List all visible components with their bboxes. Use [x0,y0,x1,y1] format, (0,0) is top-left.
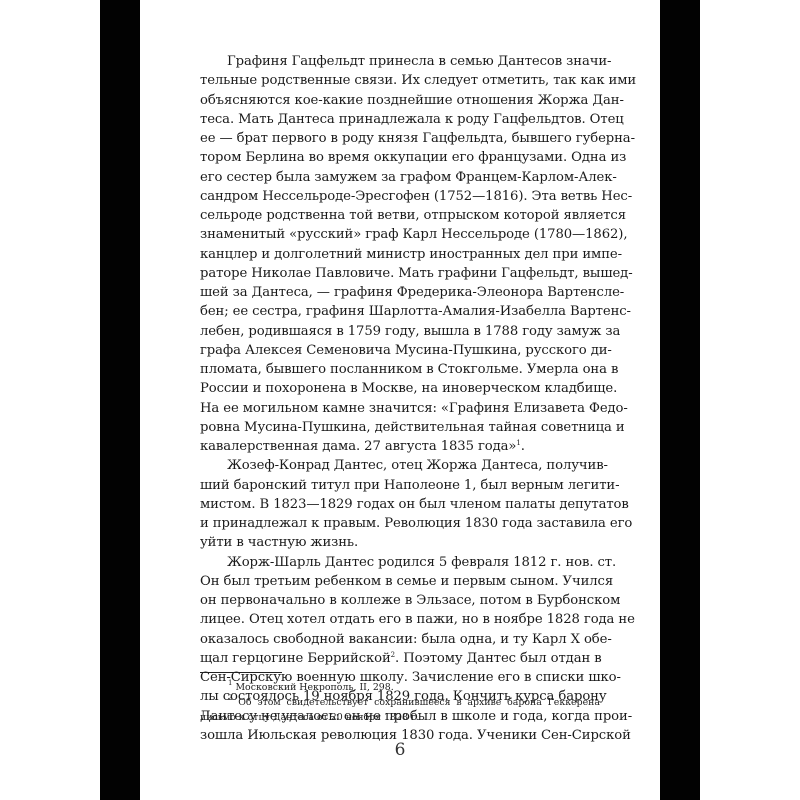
text-line: канцлер и долголетний министр иностранны… [200,245,600,264]
scan-border-left [100,0,140,800]
text-line: бен; ее сестра, графиня Шарлотта-Амалия-… [200,302,600,321]
text-line: шей за Дантеса, — графиня Фредерика-Элео… [200,283,600,302]
text-line: На ее могильном камне значится: «Графиня… [200,399,600,418]
text-line: и принадлежал к правым. Революция 1830 г… [200,514,600,533]
text-line: графа Алексея Семеновича Мусина-Пушкина,… [200,341,600,360]
text-line: кавалерственная дама. 27 августа 1835 го… [200,437,600,456]
text-line: Жозеф-Конрад Дантес, отец Жоржа Дантеса,… [200,456,600,475]
text-line: оказалось свободной вакансии: была одна,… [200,630,600,649]
footnote-rule [200,672,282,673]
text-line: Графиня Гацфельдт принесла в семью Данте… [200,52,600,71]
text-line: щал герцогине Беррийской2. Поэтому Данте… [200,649,600,668]
body-text: Графиня Гацфельдт принесла в семью Данте… [200,52,600,745]
footnotes: 1 Московский Некрополь, II, 298.2 Об это… [200,680,600,725]
page-number: 6 [140,740,660,760]
text-line: сандром Нессельроде-Эресгофен (1752—1816… [200,187,600,206]
text-line: тельные родственные связи. Их следует от… [200,71,600,90]
scan-border-right [660,0,700,800]
text-line: ший баронский титул при Наполеоне 1, был… [200,476,600,495]
text-line: его сестер была замужем за графом Франце… [200,168,600,187]
text-line: лебен, родившаяся в 1759 году, вышла в 1… [200,322,600,341]
text-line: лицее. Отец хотел отдать его в пажи, но … [200,610,600,629]
text-line: сельроде родственна той ветви, отпрыском… [200,206,600,225]
text-line: уйти в частную жизнь. [200,533,600,552]
text-line: Жорж-Шарль Дантес родился 5 февраля 1812… [200,553,600,572]
text-line: ровна Мусина-Пушкина, действительная тай… [200,418,600,437]
text-line: знаменитый «русский» граф Карл Нессельро… [200,225,600,244]
text-line: он первоначально в коллеже в Эльзасе, по… [200,591,600,610]
text-line: тором Берлина во время оккупации его фра… [200,148,600,167]
text-line: мистом. В 1823—1829 годах он был членом … [200,495,600,514]
text-line: России и похоронена в Москве, на иноверч… [200,379,600,398]
text-line: раторе Николае Павловиче. Мать графини Г… [200,264,600,283]
text-line: объясняются кое-какие позднейшие отношен… [200,91,600,110]
book-page: Графиня Гацфельдт принесла в семью Данте… [140,0,660,800]
text-line: ее — брат первого в роду князя Гацфельдт… [200,129,600,148]
text-line: Он был третьим ребенком в семье и первым… [200,572,600,591]
text-line: пломата, бывшего посланником в Стокгольм… [200,360,600,379]
text-line: теса. Мать Дантеса принадлежала к роду Г… [200,110,600,129]
footnote-line: 1 Московский Некрополь, II, 298. [200,680,600,695]
footnote-line: 2 Об этом свидетельствует сохранившееся … [200,695,600,710]
footnote-line: письмо к отцу Дантеса от 20 ноября 1828 … [200,710,600,725]
